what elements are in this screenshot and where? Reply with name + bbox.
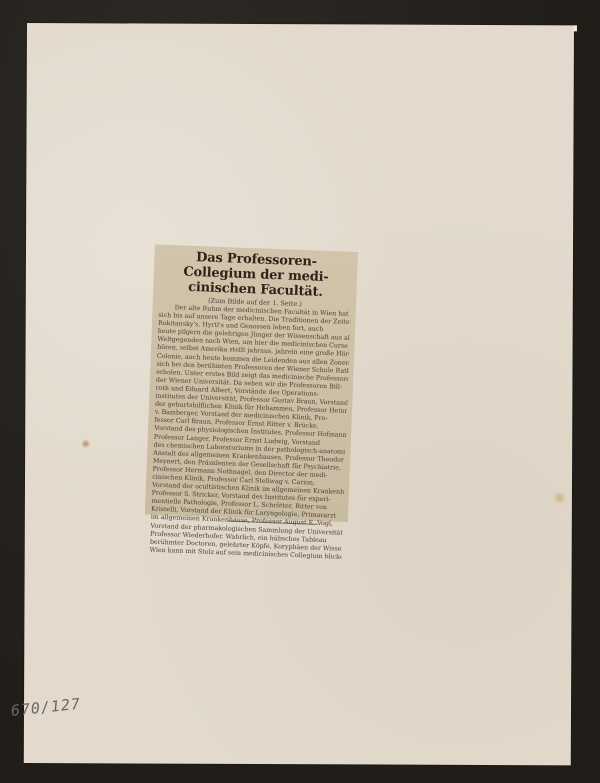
paper-sheet: Das Professoren-Collegium der medi- cini…	[24, 23, 574, 765]
newspaper-clipping: Das Professoren-Collegium der medi- cini…	[145, 245, 358, 522]
paper-corner-tear	[573, 25, 577, 31]
foxing-stain	[553, 491, 566, 504]
article-title: Das Professoren-Collegium der medi- cini…	[159, 249, 353, 301]
scanned-archive-page: Das Professoren-Collegium der medi- cini…	[0, 0, 600, 783]
foxing-stain	[81, 439, 90, 448]
article-body: Der alte Ruhm der medicinischen Facultät…	[149, 304, 350, 562]
